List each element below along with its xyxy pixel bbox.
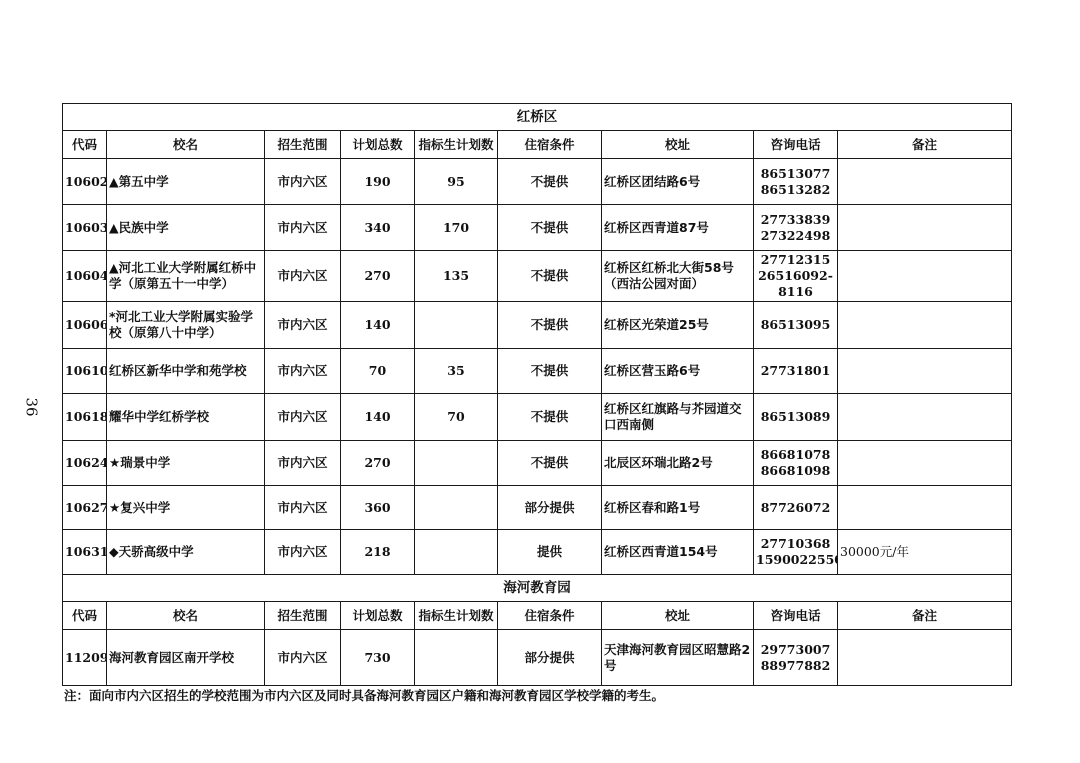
phone-cell: 27733839 27322498 — [754, 205, 838, 251]
code-cell: 10606 — [63, 302, 107, 349]
plan-total-cell: 340 — [341, 205, 415, 251]
enroll-range-cell: 市内六区 — [265, 486, 341, 530]
footnote: 注：面向市内六区招生的学校范围为市内六区及同时具备海河教育园区户籍和海河教育园区… — [64, 686, 664, 704]
lodging-cell: 部分提供 — [498, 630, 602, 686]
plan-total-cell: 730 — [341, 630, 415, 686]
section-title: 红桥区 — [63, 104, 1012, 131]
quota-plan-cell — [415, 302, 498, 349]
code-cell: 10618 — [63, 394, 107, 441]
table-row: 10602▲第五中学市内六区19095不提供红桥区团结路6号86513077 8… — [63, 159, 1012, 205]
column-header-enroll-range: 招生范围 — [265, 602, 341, 630]
code-cell: 10610 — [63, 349, 107, 394]
note-cell — [838, 302, 1012, 349]
lodging-cell: 不提供 — [498, 441, 602, 486]
quota-plan-cell — [415, 530, 498, 575]
section-header: 红桥区 — [63, 104, 1012, 131]
quota-plan-cell: 35 — [415, 349, 498, 394]
plan-total-cell: 140 — [341, 302, 415, 349]
quota-plan-cell: 170 — [415, 205, 498, 251]
address-cell: 北辰区环瑞北路2号 — [602, 441, 754, 486]
code-cell: 10624 — [63, 441, 107, 486]
phone-cell: 87726072 — [754, 486, 838, 530]
quota-plan-cell — [415, 441, 498, 486]
column-header-quota-plan: 指标生计划数 — [415, 602, 498, 630]
column-header-school-name: 校名 — [107, 602, 265, 630]
column-header-lodging: 住宿条件 — [498, 602, 602, 630]
address-cell: 红桥区红旗路与芥园道交口西南侧 — [602, 394, 754, 441]
school-name-cell: 红桥区新华中学和苑学校 — [107, 349, 265, 394]
code-cell: 11209 — [63, 630, 107, 686]
enroll-range-cell: 市内六区 — [265, 530, 341, 575]
enroll-range-cell: 市内六区 — [265, 205, 341, 251]
school-name-cell: ▲民族中学 — [107, 205, 265, 251]
phone-cell: 86513089 — [754, 394, 838, 441]
page-number: 36 — [23, 397, 41, 416]
table-row: 10631◆天骄高级中学市内六区218提供红桥区西青道154号27710368 … — [63, 530, 1012, 575]
code-cell: 10631 — [63, 530, 107, 575]
address-cell: 红桥区春和路1号 — [602, 486, 754, 530]
column-header-note: 备注 — [838, 602, 1012, 630]
lodging-cell: 不提供 — [498, 302, 602, 349]
column-header-row: 代码校名招生范围计划总数指标生计划数住宿条件校址咨询电话备注 — [63, 131, 1012, 159]
section-header: 海河教育园 — [63, 575, 1012, 602]
column-header-plan-total: 计划总数 — [341, 602, 415, 630]
code-cell: 10603 — [63, 205, 107, 251]
note-cell — [838, 486, 1012, 530]
table-row: 10604▲河北工业大学附属红桥中学（原第五十一中学）市内六区270135不提供… — [63, 251, 1012, 302]
column-header-enroll-range: 招生范围 — [265, 131, 341, 159]
school-name-cell: ▲河北工业大学附属红桥中学（原第五十一中学） — [107, 251, 265, 302]
note-cell — [838, 349, 1012, 394]
note-cell — [838, 441, 1012, 486]
enroll-range-cell: 市内六区 — [265, 159, 341, 205]
column-header-address: 校址 — [602, 131, 754, 159]
address-cell: 红桥区西青道87号 — [602, 205, 754, 251]
lodging-cell: 部分提供 — [498, 486, 602, 530]
column-header-address: 校址 — [602, 602, 754, 630]
note-cell — [838, 394, 1012, 441]
address-cell: 红桥区团结路6号 — [602, 159, 754, 205]
column-header-school-name: 校名 — [107, 131, 265, 159]
enroll-range-cell: 市内六区 — [265, 302, 341, 349]
school-name-cell: 海河教育园区南开学校 — [107, 630, 265, 686]
column-header-quota-plan: 指标生计划数 — [415, 131, 498, 159]
enroll-range-cell: 市内六区 — [265, 394, 341, 441]
enroll-range-cell: 市内六区 — [265, 349, 341, 394]
table-row: 10606*河北工业大学附属实验学校（原第八十中学）市内六区140不提供红桥区光… — [63, 302, 1012, 349]
quota-plan-cell: 95 — [415, 159, 498, 205]
phone-cell: 27712315 26516092- 8116 — [754, 251, 838, 302]
quota-plan-cell: 135 — [415, 251, 498, 302]
school-name-cell: *河北工业大学附属实验学校（原第八十中学） — [107, 302, 265, 349]
phone-cell: 86513095 — [754, 302, 838, 349]
note-cell — [838, 630, 1012, 686]
lodging-cell: 不提供 — [498, 205, 602, 251]
school-name-cell: ◆天骄高级中学 — [107, 530, 265, 575]
plan-total-cell: 70 — [341, 349, 415, 394]
plan-total-cell: 218 — [341, 530, 415, 575]
code-cell: 10602 — [63, 159, 107, 205]
enroll-range-cell: 市内六区 — [265, 441, 341, 486]
note-cell — [838, 159, 1012, 205]
enroll-range-cell: 市内六区 — [265, 630, 341, 686]
column-header-row: 代码校名招生范围计划总数指标生计划数住宿条件校址咨询电话备注 — [63, 602, 1012, 630]
table-row: 10624★瑞景中学市内六区270不提供北辰区环瑞北路2号86681078 86… — [63, 441, 1012, 486]
phone-cell: 86681078 86681098 — [754, 441, 838, 486]
phone-cell: 27710368 15900225507 — [754, 530, 838, 575]
column-header-phone: 咨询电话 — [754, 131, 838, 159]
code-cell: 10604 — [63, 251, 107, 302]
plan-total-cell: 360 — [341, 486, 415, 530]
enroll-range-cell: 市内六区 — [265, 251, 341, 302]
plan-total-cell: 140 — [341, 394, 415, 441]
address-cell: 红桥区红桥北大街58号（西沽公园对面） — [602, 251, 754, 302]
enrollment-table: 红桥区代码校名招生范围计划总数指标生计划数住宿条件校址咨询电话备注10602▲第… — [62, 103, 1012, 686]
column-header-lodging: 住宿条件 — [498, 131, 602, 159]
note-cell — [838, 205, 1012, 251]
table-row: 10618耀华中学红桥学校市内六区14070不提供红桥区红旗路与芥园道交口西南侧… — [63, 394, 1012, 441]
table-row: 10610红桥区新华中学和苑学校市内六区7035不提供红桥区营玉路6号27731… — [63, 349, 1012, 394]
lodging-cell: 不提供 — [498, 349, 602, 394]
column-header-phone: 咨询电话 — [754, 602, 838, 630]
school-name-cell: ★复兴中学 — [107, 486, 265, 530]
table-row: 10603▲民族中学市内六区340170不提供红桥区西青道87号27733839… — [63, 205, 1012, 251]
plan-total-cell: 190 — [341, 159, 415, 205]
column-header-note: 备注 — [838, 131, 1012, 159]
address-cell: 天津海河教育园区昭慧路2号 — [602, 630, 754, 686]
address-cell: 红桥区光荣道25号 — [602, 302, 754, 349]
address-cell: 红桥区西青道154号 — [602, 530, 754, 575]
column-header-code: 代码 — [63, 131, 107, 159]
lodging-cell: 不提供 — [498, 251, 602, 302]
column-header-plan-total: 计划总数 — [341, 131, 415, 159]
lodging-cell: 不提供 — [498, 159, 602, 205]
table-row: 10627★复兴中学市内六区360部分提供红桥区春和路1号87726072 — [63, 486, 1012, 530]
plan-total-cell: 270 — [341, 441, 415, 486]
quota-plan-cell — [415, 486, 498, 530]
section-title: 海河教育园 — [63, 575, 1012, 602]
phone-cell: 27731801 — [754, 349, 838, 394]
column-header-code: 代码 — [63, 602, 107, 630]
plan-total-cell: 270 — [341, 251, 415, 302]
phone-cell: 86513077 86513282 — [754, 159, 838, 205]
table-row: 11209海河教育园区南开学校市内六区730部分提供天津海河教育园区昭慧路2号2… — [63, 630, 1012, 686]
quota-plan-cell — [415, 630, 498, 686]
phone-cell: 29773007 88977882 — [754, 630, 838, 686]
school-name-cell: ▲第五中学 — [107, 159, 265, 205]
note-cell — [838, 251, 1012, 302]
quota-plan-cell: 70 — [415, 394, 498, 441]
lodging-cell: 提供 — [498, 530, 602, 575]
address-cell: 红桥区营玉路6号 — [602, 349, 754, 394]
school-name-cell: ★瑞景中学 — [107, 441, 265, 486]
lodging-cell: 不提供 — [498, 394, 602, 441]
code-cell: 10627 — [63, 486, 107, 530]
school-name-cell: 耀华中学红桥学校 — [107, 394, 265, 441]
note-cell: 30000元/年 — [838, 530, 1012, 575]
